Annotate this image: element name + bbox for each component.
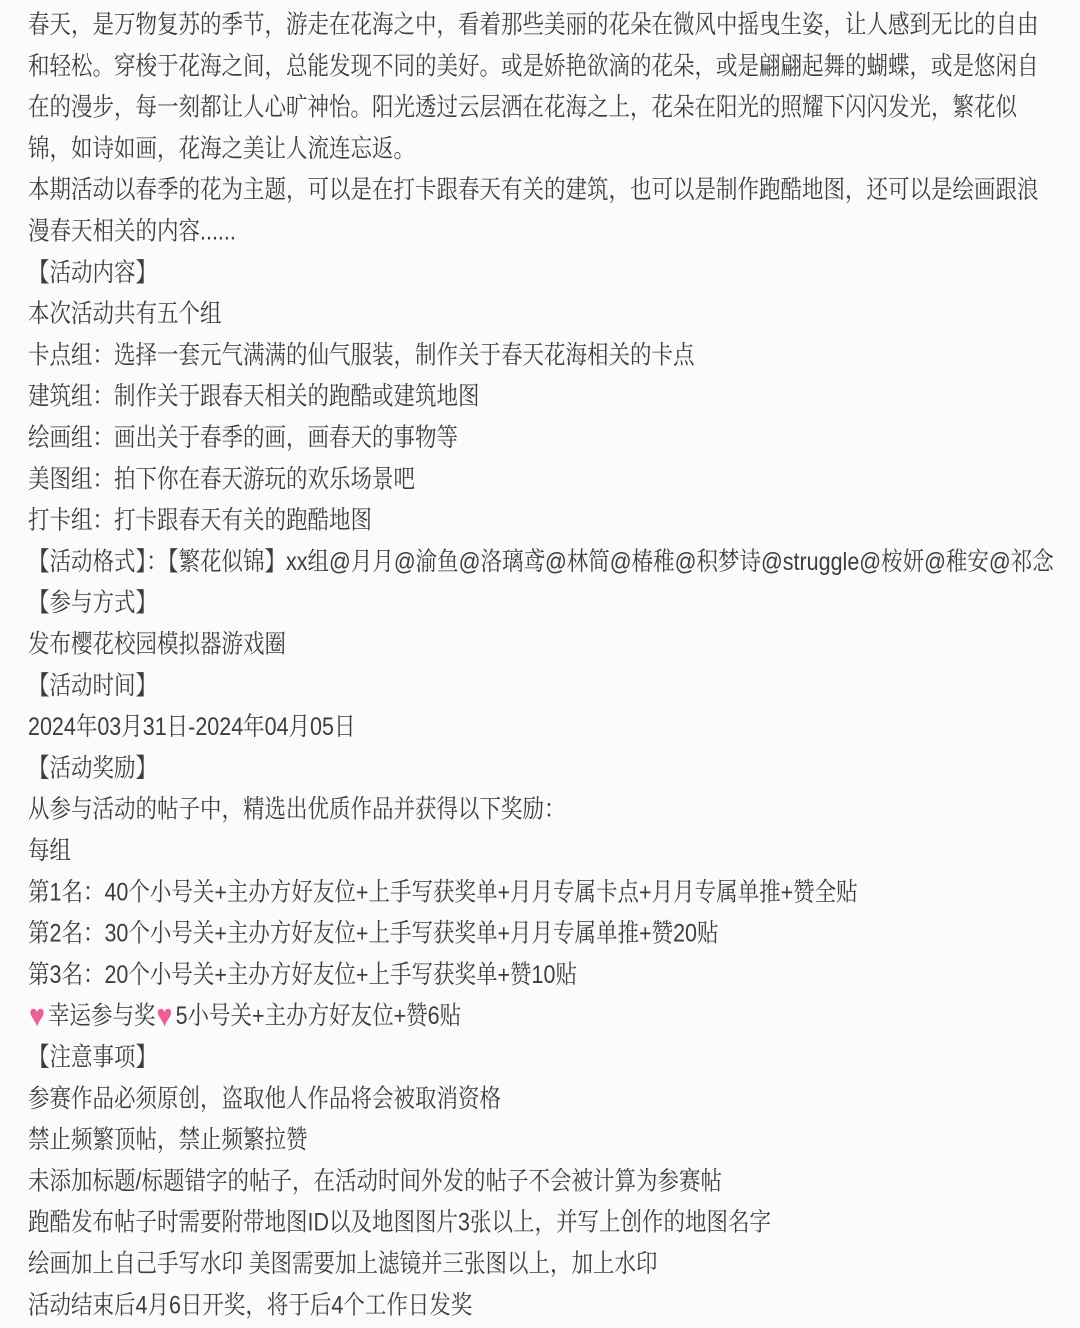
group-item-huihua: 绘画组：画出关于春季的画，画春天的事物等 <box>28 418 1054 459</box>
rewards-intro: 从参与活动的帖子中，精选出优质作品并获得以下奖励： <box>28 789 1054 830</box>
screenshot-root: { "page": { "background_color": "#fbfbfb… <box>0 0 1080 1328</box>
intro-paragraph: 春天，是万物复苏的季节，游走在花海之中，看着那些美丽的花朵在微风中摇曳生姿，让人… <box>28 5 1054 170</box>
rewards-per-group-label: 每组 <box>28 831 1054 872</box>
event-announcement-post: 春天，是万物复苏的季节，游走在花海之中，看着那些美丽的花朵在微风中摇曳生姿，让人… <box>0 0 1080 1326</box>
lucky-prize-reward: 5小号关+主办方好友位+赞6贴 <box>176 1002 462 1030</box>
section-header-time: 【活动时间】 <box>28 666 1054 707</box>
lucky-prize-label: 幸运参与奖 <box>48 1002 156 1030</box>
note-item-original: 参赛作品必须原创，盗取他人作品将会被取消资格 <box>28 1079 1054 1120</box>
note-item-watermark: 绘画加上自己手写水印 美图需要加上滤镜并三张图以上，加上水印 <box>28 1244 1054 1285</box>
section-header-notes: 【注意事项】 <box>28 1037 1054 1078</box>
group-item-jianzhu: 建筑组：制作关于跟春天相关的跑酷或建筑地图 <box>28 376 1054 417</box>
group-item-meitu: 美图组：拍下你在春天游玩的欢乐场景吧 <box>28 459 1054 500</box>
section-header-rewards: 【活动奖励】 <box>28 748 1054 789</box>
pink-heart-icon: ♥ <box>156 998 176 1033</box>
note-item-parkour-map-id: 跑酷发布帖子时需要附带地图ID以及地图图片3张以上，并写上创作的地图名字 <box>28 1202 1054 1243</box>
note-item-prize-drawing: 活动结束后4月6日开奖，将于后4个工作日发奖 <box>28 1285 1054 1326</box>
activity-format-line: 【活动格式】：【繁花似锦】xx组@月月@渝鱼@洛璃鸢@林简@椿稚@积梦诗@str… <box>28 542 1054 583</box>
pink-heart-icon: ♥ <box>28 998 48 1033</box>
reward-rank-2: 第2名：30个小号关+主办方好友位+上手写获奖单+月月专属单推+赞20贴 <box>28 913 1054 954</box>
reward-rank-1: 第1名：40个小号关+主办方好友位+上手写获奖单+月月专属卡点+月月专属单推+赞… <box>28 872 1054 913</box>
theme-paragraph: 本期活动以春季的花为主题，可以是在打卡跟春天有关的建筑，也可以是制作跑酷地图，还… <box>28 170 1054 253</box>
lucky-prize-line: ♥幸运参与奖♥5小号关+主办方好友位+赞6贴 <box>28 996 1054 1037</box>
note-item-title-rules: 未添加标题/标题错字的帖子，在活动时间外发的帖子不会被计算为参赛帖 <box>28 1161 1054 1202</box>
activity-date-range: 2024年03月31日-2024年04月05日 <box>28 707 1054 748</box>
group-item-daka: 打卡组：打卡跟春天有关的跑酷地图 <box>28 500 1054 541</box>
section-header-participation: 【参与方式】 <box>28 583 1054 624</box>
activity-overview: 本次活动共有五个组 <box>28 294 1054 335</box>
section-header-activity-content: 【活动内容】 <box>28 253 1054 294</box>
reward-rank-3: 第3名：20个小号关+主办方好友位+上手写获奖单+赞10贴 <box>28 955 1054 996</box>
group-item-kadian: 卡点组：选择一套元气满满的仙气服装，制作关于春天花海相关的卡点 <box>28 335 1054 376</box>
note-item-no-bumping: 禁止频繁顶帖，禁止频繁拉赞 <box>28 1120 1054 1161</box>
participation-method: 发布樱花校园模拟器游戏圈 <box>28 624 1054 665</box>
